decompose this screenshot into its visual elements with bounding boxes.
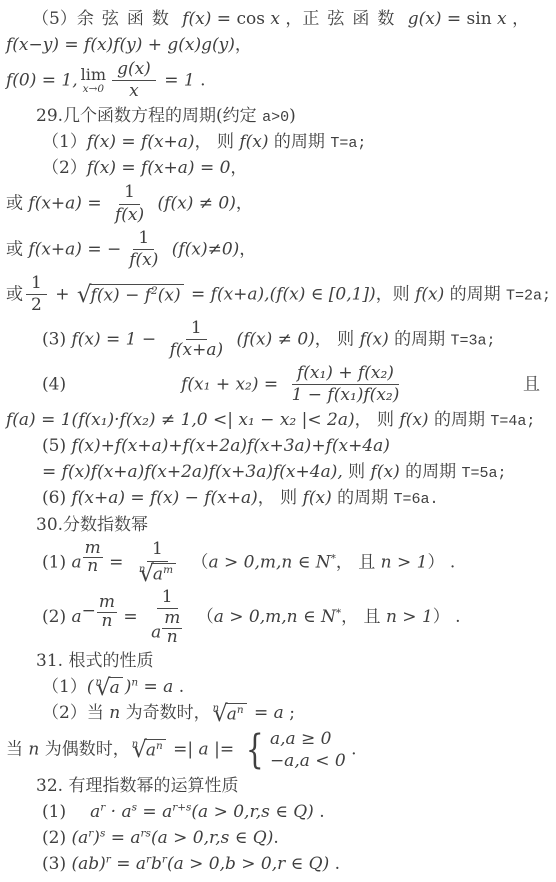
chinese-text: ， 则: [315, 329, 354, 349]
radical-index: n: [139, 564, 145, 576]
mono-text: T=2a;: [506, 287, 551, 304]
document-page: （5）余弦函数 f(x) = cos x ，正弦函数 g(x) = sin x …: [0, 0, 556, 882]
line-31-2a: （2）当 n 为奇数时，n√an = a ;: [42, 702, 554, 725]
line-29-2-or3: 或12 + √f(x) − f2(x) = f(x+a),(f(x) ∈ [0,…: [6, 274, 554, 316]
chinese-text: ） .: [433, 607, 461, 627]
math-text: 1: [124, 182, 135, 202]
chinese-text: ，: [239, 239, 256, 259]
math-text: = a: [111, 854, 146, 874]
math-text: = f(x)f(x+a)f(x+2a)f(x+3a)f(x+4a),: [42, 462, 343, 482]
line-31-1: （1）(n√a)n = a .: [42, 676, 554, 699]
superscript: −mn: [82, 607, 118, 619]
math-text: a: [153, 564, 163, 584]
math-text: 30.: [36, 515, 63, 535]
math-text: (a: [71, 828, 88, 848]
math-text: =: [104, 552, 129, 572]
math-text: =| a |=: [168, 740, 240, 760]
math-text: (x): [158, 285, 181, 305]
math-text: f(x) =: [177, 9, 237, 29]
math-text: f(x₁) + f(x₂): [297, 363, 394, 383]
line-29-5a: (5) f(x)+f(x+a)+f(x+2a)f(x+3a)+f(x+4a): [42, 435, 554, 458]
chinese-text: ， 则: [195, 132, 234, 152]
math-text: 31.: [36, 651, 68, 671]
line-29-4b: f(a) = 1(f(x₁)·f(x₂) ≠ 1,0 <| x₁ − x₂ |<…: [6, 409, 554, 432]
fraction-denominator: amn: [146, 609, 188, 647]
math-text: 1: [138, 228, 149, 248]
math-text: (1): [42, 802, 66, 822]
math-text: .: [346, 740, 357, 760]
fraction: 1amn: [146, 588, 188, 647]
fraction-denominator: f(x): [124, 250, 163, 271]
fraction-denominator: f(x): [110, 205, 149, 226]
chinese-text: （2）: [42, 158, 87, 178]
fraction: mn: [162, 610, 182, 647]
fraction-denominator: x: [124, 81, 144, 102]
math-text: 1: [162, 587, 173, 607]
chinese-text: 当: [6, 740, 23, 760]
chinese-text: ，: [285, 9, 302, 29]
radicand: am: [151, 563, 176, 585]
chinese-text: （2）当: [42, 703, 104, 723]
line-29-3: (3) f(x) = 1 − 1f(x+a) (f(x) ≠ 0)， 则 f(x…: [42, 319, 554, 361]
math-text: sin: [467, 9, 492, 29]
radical: n√an: [132, 739, 166, 761]
chinese-text: 且: [523, 373, 540, 396]
line-29-4: (4)f(x₁ + x₂) = f(x₁) + f(x₂)1 − f(x₁)f(…: [42, 364, 554, 406]
math-text: f(x): [394, 410, 434, 430]
radicand: an: [225, 703, 247, 725]
chinese-text: （1）: [42, 677, 87, 697]
chinese-text: ，: [230, 158, 247, 178]
line-29-2-or2: 或 f(x+a) = −1f(x) (f(x)≠0)，: [6, 229, 554, 271]
chinese-text: ， 且: [336, 552, 375, 572]
superscript: r+s: [172, 802, 191, 814]
fraction: g(x)x: [112, 60, 156, 102]
math-text: n: [101, 611, 112, 631]
math-text: ): [93, 828, 100, 848]
math-text: a: [71, 607, 81, 627]
case-row: −a,a < 0: [270, 750, 346, 772]
fraction-numerator: 1: [157, 588, 178, 610]
fraction-denominator: 1 − f(x₁)f(x₂): [287, 385, 405, 406]
math-text: n > 1: [381, 607, 433, 627]
math-text: g(x) =: [402, 9, 466, 29]
chinese-text: （: [191, 607, 213, 627]
math-text: (2): [42, 607, 71, 627]
fraction-denominator: n: [165, 629, 180, 647]
fraction-numerator: 1: [186, 319, 207, 341]
fraction-denominator: n: [99, 613, 114, 631]
math-text: = a: [105, 828, 140, 848]
chinese-text: 或: [6, 194, 23, 214]
math-text: .: [273, 828, 278, 848]
math-text: a > 0,m,n ∈ N: [214, 607, 336, 627]
math-text: f(x−y) = f(x)f(y) + g(x)g(y): [6, 35, 235, 55]
math-text: f(x+a) =: [23, 194, 107, 214]
line-29-2: （2）f(x) = f(x+a) = 0，: [42, 157, 554, 180]
math-text: a: [146, 740, 156, 760]
chinese-text: ， 则: [355, 410, 394, 430]
fraction-numerator: 1: [133, 229, 154, 251]
superscript: 2: [151, 285, 158, 297]
mono-text: T=3a;: [451, 332, 496, 349]
chinese-text: 为奇数时，: [126, 703, 211, 723]
heading-31: 31. 根式的性质: [36, 650, 554, 673]
math-text: a,a ≥ 0: [270, 729, 332, 749]
math-text: x: [265, 9, 285, 29]
line-31-2b: 当 n 为偶数时，n√an =| a |= {a,a ≥ 0−a,a < 0 .: [6, 728, 554, 772]
fraction-denominator: f(x+a): [165, 340, 229, 361]
fraction: 1f(x): [124, 229, 163, 271]
math-text: (1): [42, 552, 71, 572]
math-text: (f(x) ≠ 0): [231, 329, 315, 349]
chinese-text: （5）: [32, 9, 77, 29]
chinese-text: ，: [236, 194, 253, 214]
math-text: ;: [284, 703, 295, 723]
chinese-text: 或: [6, 239, 23, 259]
case-row: a,a ≥ 0: [270, 728, 346, 750]
chinese-text: （1）: [42, 132, 87, 152]
math-text: 1 − f(x₁)f(x₂): [292, 385, 400, 405]
chinese-text: ，则: [376, 284, 410, 304]
chinese-text: ): [289, 106, 296, 126]
math-text: f(x): [115, 205, 144, 225]
math-text: (6): [42, 488, 71, 508]
math-text: m: [85, 538, 101, 558]
line-32-1: (1)ar · as = ar+s(a > 0,r,s ∈ Q) .: [42, 801, 554, 824]
math-text: 1: [191, 318, 202, 338]
math-text: = a: [249, 703, 284, 723]
math-text: n: [167, 627, 178, 647]
line-30-1: (1) amn = 1n√am （a > 0,m,n ∈ N*， 且 n > 1…: [42, 540, 554, 585]
math-text: a > 0,m,n ∈ N: [208, 552, 330, 572]
math-text: a: [90, 802, 100, 822]
fraction: mn: [97, 594, 117, 631]
radical-index: n: [95, 676, 101, 690]
math-text: 32.: [36, 776, 68, 796]
line-32-2: (2) (ar)s = ars(a > 0,r,s ∈ Q).: [42, 827, 554, 850]
math-text: a: [110, 678, 120, 698]
math-text: 29.: [36, 106, 63, 126]
math-text: g(x): [117, 59, 151, 79]
math-text: m: [99, 592, 115, 612]
chinese-text: 根式的性质: [68, 651, 153, 671]
line-32-3: (3) (ab)r = arbr(a > 0,b > 0,r ∈ Q) .: [42, 853, 554, 876]
radicand: an: [144, 739, 166, 761]
chinese-text: 余弦函数: [77, 9, 177, 29]
math-text: f(x₁ + x₂) =: [181, 374, 283, 394]
cases-group: {a,a ≥ 0−a,a < 0: [242, 728, 345, 772]
line-limit-condition: f(0) = 1,limx→0g(x)x = 1 .: [6, 60, 554, 102]
chinese-text: ， 则: [258, 488, 297, 508]
math-text: f(x): [129, 250, 158, 270]
mono-text: T=4a;: [490, 413, 535, 430]
radical-index: n: [213, 702, 219, 716]
superscript: m: [163, 564, 173, 576]
fraction: 1f(x+a): [165, 319, 229, 361]
math-text: a: [151, 623, 161, 643]
chinese-text: 分数指数幂: [63, 515, 148, 535]
mono-text: T=5a;: [462, 465, 507, 482]
line-item5-cos-sin: （5）余弦函数 f(x) = cos x ，正弦函数 g(x) = sin x …: [32, 8, 554, 31]
fraction: 1f(x): [110, 183, 149, 225]
math-text: (5): [42, 436, 71, 456]
math-text: a: [227, 704, 237, 724]
math-text: n: [23, 740, 45, 760]
radical-index: n: [132, 738, 138, 752]
math-text: f(a) = 1(f(x₁)·f(x₂) ≠ 1,0 <| x₁ − x₂ |<…: [6, 410, 355, 430]
math-text: (4): [42, 374, 66, 394]
math-text: f(x): [354, 329, 394, 349]
superscript: rs: [141, 828, 151, 840]
chinese-text: 的周期: [274, 132, 330, 152]
math-text: 2: [31, 295, 42, 315]
fraction: mn: [83, 540, 103, 577]
superscript: mn: [161, 623, 183, 635]
math-text: +: [50, 284, 75, 304]
math-text: (f(x) ≠ 0): [152, 194, 236, 214]
math-text: = a: [137, 802, 172, 822]
radicand: f(x) − f2(x): [89, 284, 184, 306]
radical: n√an: [213, 703, 247, 725]
fraction-numerator: f(x₁) + f(x₂): [292, 364, 399, 386]
chinese-text: 为偶数时，: [45, 740, 130, 760]
math-text: .: [329, 854, 340, 874]
math-text: = f(x+a),(f(x) ∈ [0,1]): [186, 284, 376, 304]
math-text: f(x): [410, 284, 450, 304]
fraction-denominator: 2: [26, 295, 47, 316]
mono-text: T=a;: [330, 135, 366, 152]
chinese-text: ，: [512, 9, 529, 29]
math-text: (2): [42, 828, 71, 848]
math-text: x: [129, 81, 139, 101]
math-text: (a > 0,r,s ∈ Q): [151, 828, 273, 848]
math-text: f(x+a): [170, 340, 224, 360]
math-text: .: [195, 70, 206, 90]
radical: √f(x) − f2(x): [77, 284, 184, 306]
math-text: n: [104, 703, 126, 723]
fraction-denominator: n: [85, 558, 100, 576]
math-text: f(x): [234, 132, 274, 152]
math-text: (3): [42, 329, 71, 349]
math-text: f(x) = 1 −: [71, 329, 161, 349]
math-text: (a > 0,b > 0,r ∈ Q): [167, 854, 329, 874]
chinese-text: ， 且: [341, 607, 380, 627]
chinese-text: ） .: [427, 552, 455, 572]
heading-30: 30.分数指数幂: [36, 514, 554, 537]
radicand: a: [108, 677, 123, 699]
math-text: n > 1: [375, 552, 427, 572]
math-text: cos: [236, 9, 264, 29]
chinese-text: 的周期: [394, 329, 450, 349]
math-text: −: [82, 601, 96, 621]
chinese-text: （: [186, 552, 208, 572]
chinese-text: 则: [343, 462, 365, 482]
math-text: n: [87, 556, 98, 576]
math-text: (3): [42, 854, 71, 874]
radical: n√a: [95, 677, 122, 699]
superscript: n: [156, 740, 163, 752]
mono-text: T=6a.: [394, 491, 439, 508]
math-text: =: [118, 607, 143, 627]
math-text: f(0) = 1,: [6, 70, 78, 90]
fraction: 12: [26, 274, 47, 316]
chinese-text: 的周期: [405, 462, 461, 482]
fraction-numerator: 1: [26, 274, 47, 296]
math-text: = 1: [159, 70, 195, 90]
math-text: f(x)+f(x+a)+f(x+2a)f(x+3a)+f(x+4a): [71, 436, 389, 456]
line-29-6: (6) f(x+a) = f(x) − f(x+a)， 则 f(x) 的周期 T…: [42, 487, 554, 510]
math-text: m: [164, 608, 180, 628]
line-addition-formula: f(x−y) = f(x)f(y) + g(x)g(y)，: [6, 34, 554, 57]
superscript: n: [237, 704, 244, 716]
cases-brace-icon: {: [246, 735, 264, 765]
math-text: 1: [31, 273, 42, 293]
math-text: f(x+a) = −: [23, 239, 121, 259]
math-text: x: [492, 9, 512, 29]
math-text: b: [151, 854, 162, 874]
chinese-text: 的周期: [337, 488, 393, 508]
heading-32: 32. 有理指数幂的运算性质: [36, 775, 554, 798]
math-text: f(x): [297, 488, 337, 508]
fraction: f(x₁) + f(x₂)1 − f(x₁)f(x₂): [287, 364, 405, 406]
chinese-text: 的周期: [450, 284, 506, 304]
mono-text: a>0: [262, 109, 289, 126]
math-text: f(x) = f(x+a): [87, 132, 195, 152]
limit-label: lim: [81, 67, 106, 83]
line-30-2: (2) a−mn = 1amn （a > 0,m,n ∈ N*， 且 n > 1…: [42, 588, 554, 647]
math-text: .: [314, 802, 325, 822]
fraction-numerator: g(x): [112, 60, 156, 82]
math-text: 1: [152, 539, 163, 559]
limit-notation: limx→0: [81, 67, 106, 95]
cases-rows: a,a ≥ 0−a,a < 0: [270, 728, 346, 772]
formula-lines: （5）余弦函数 f(x) = cos x ，正弦函数 g(x) = sin x …: [2, 8, 554, 876]
heading-29: 29.几个函数方程的周期(约定 a>0): [36, 105, 554, 128]
fraction-numerator: 1: [147, 540, 168, 562]
line-29-1: （1）f(x) = f(x+a)， 则 f(x) 的周期 T=a;: [42, 131, 554, 154]
chinese-text: 或: [6, 284, 23, 304]
superscript: mn: [82, 552, 104, 564]
chinese-text: 几个函数方程的周期(约定: [63, 106, 262, 126]
chinese-text: 有理指数幂的运算性质: [68, 776, 238, 796]
chinese-text: 的周期: [434, 410, 490, 430]
math-text: a: [71, 552, 81, 572]
radical: n√am: [139, 563, 176, 585]
chinese-text: 正弦函数: [302, 9, 402, 29]
fraction-denominator: n√am: [132, 562, 183, 585]
math-text: (: [87, 677, 94, 697]
math-text: (a > 0,r,s ∈ Q): [191, 802, 313, 822]
math-text: · a: [105, 802, 131, 822]
math-text: f(x): [365, 462, 405, 482]
line-29-2-or1: 或 f(x+a) = 1f(x) (f(x) ≠ 0)，: [6, 183, 554, 225]
math-text: (f(x)≠0): [166, 239, 239, 259]
math-text: .: [173, 677, 184, 697]
chinese-text: ，: [235, 35, 252, 55]
math-text: f(x+a) = f(x) − f(x+a): [71, 488, 257, 508]
math-text: f(x) − f: [91, 285, 152, 305]
fraction: 1n√am: [132, 540, 183, 584]
math-text: −a,a < 0: [270, 751, 346, 771]
line-29-5b: = f(x)f(x+a)f(x+2a)f(x+3a)f(x+4a), 则 f(x…: [42, 461, 554, 484]
math-text: f(x) = f(x+a) = 0: [87, 158, 231, 178]
math-text: = a: [138, 677, 173, 697]
math-text: (ab): [71, 854, 105, 874]
fraction-numerator: 1: [119, 183, 140, 205]
limit-subscript: x→0: [83, 84, 104, 95]
